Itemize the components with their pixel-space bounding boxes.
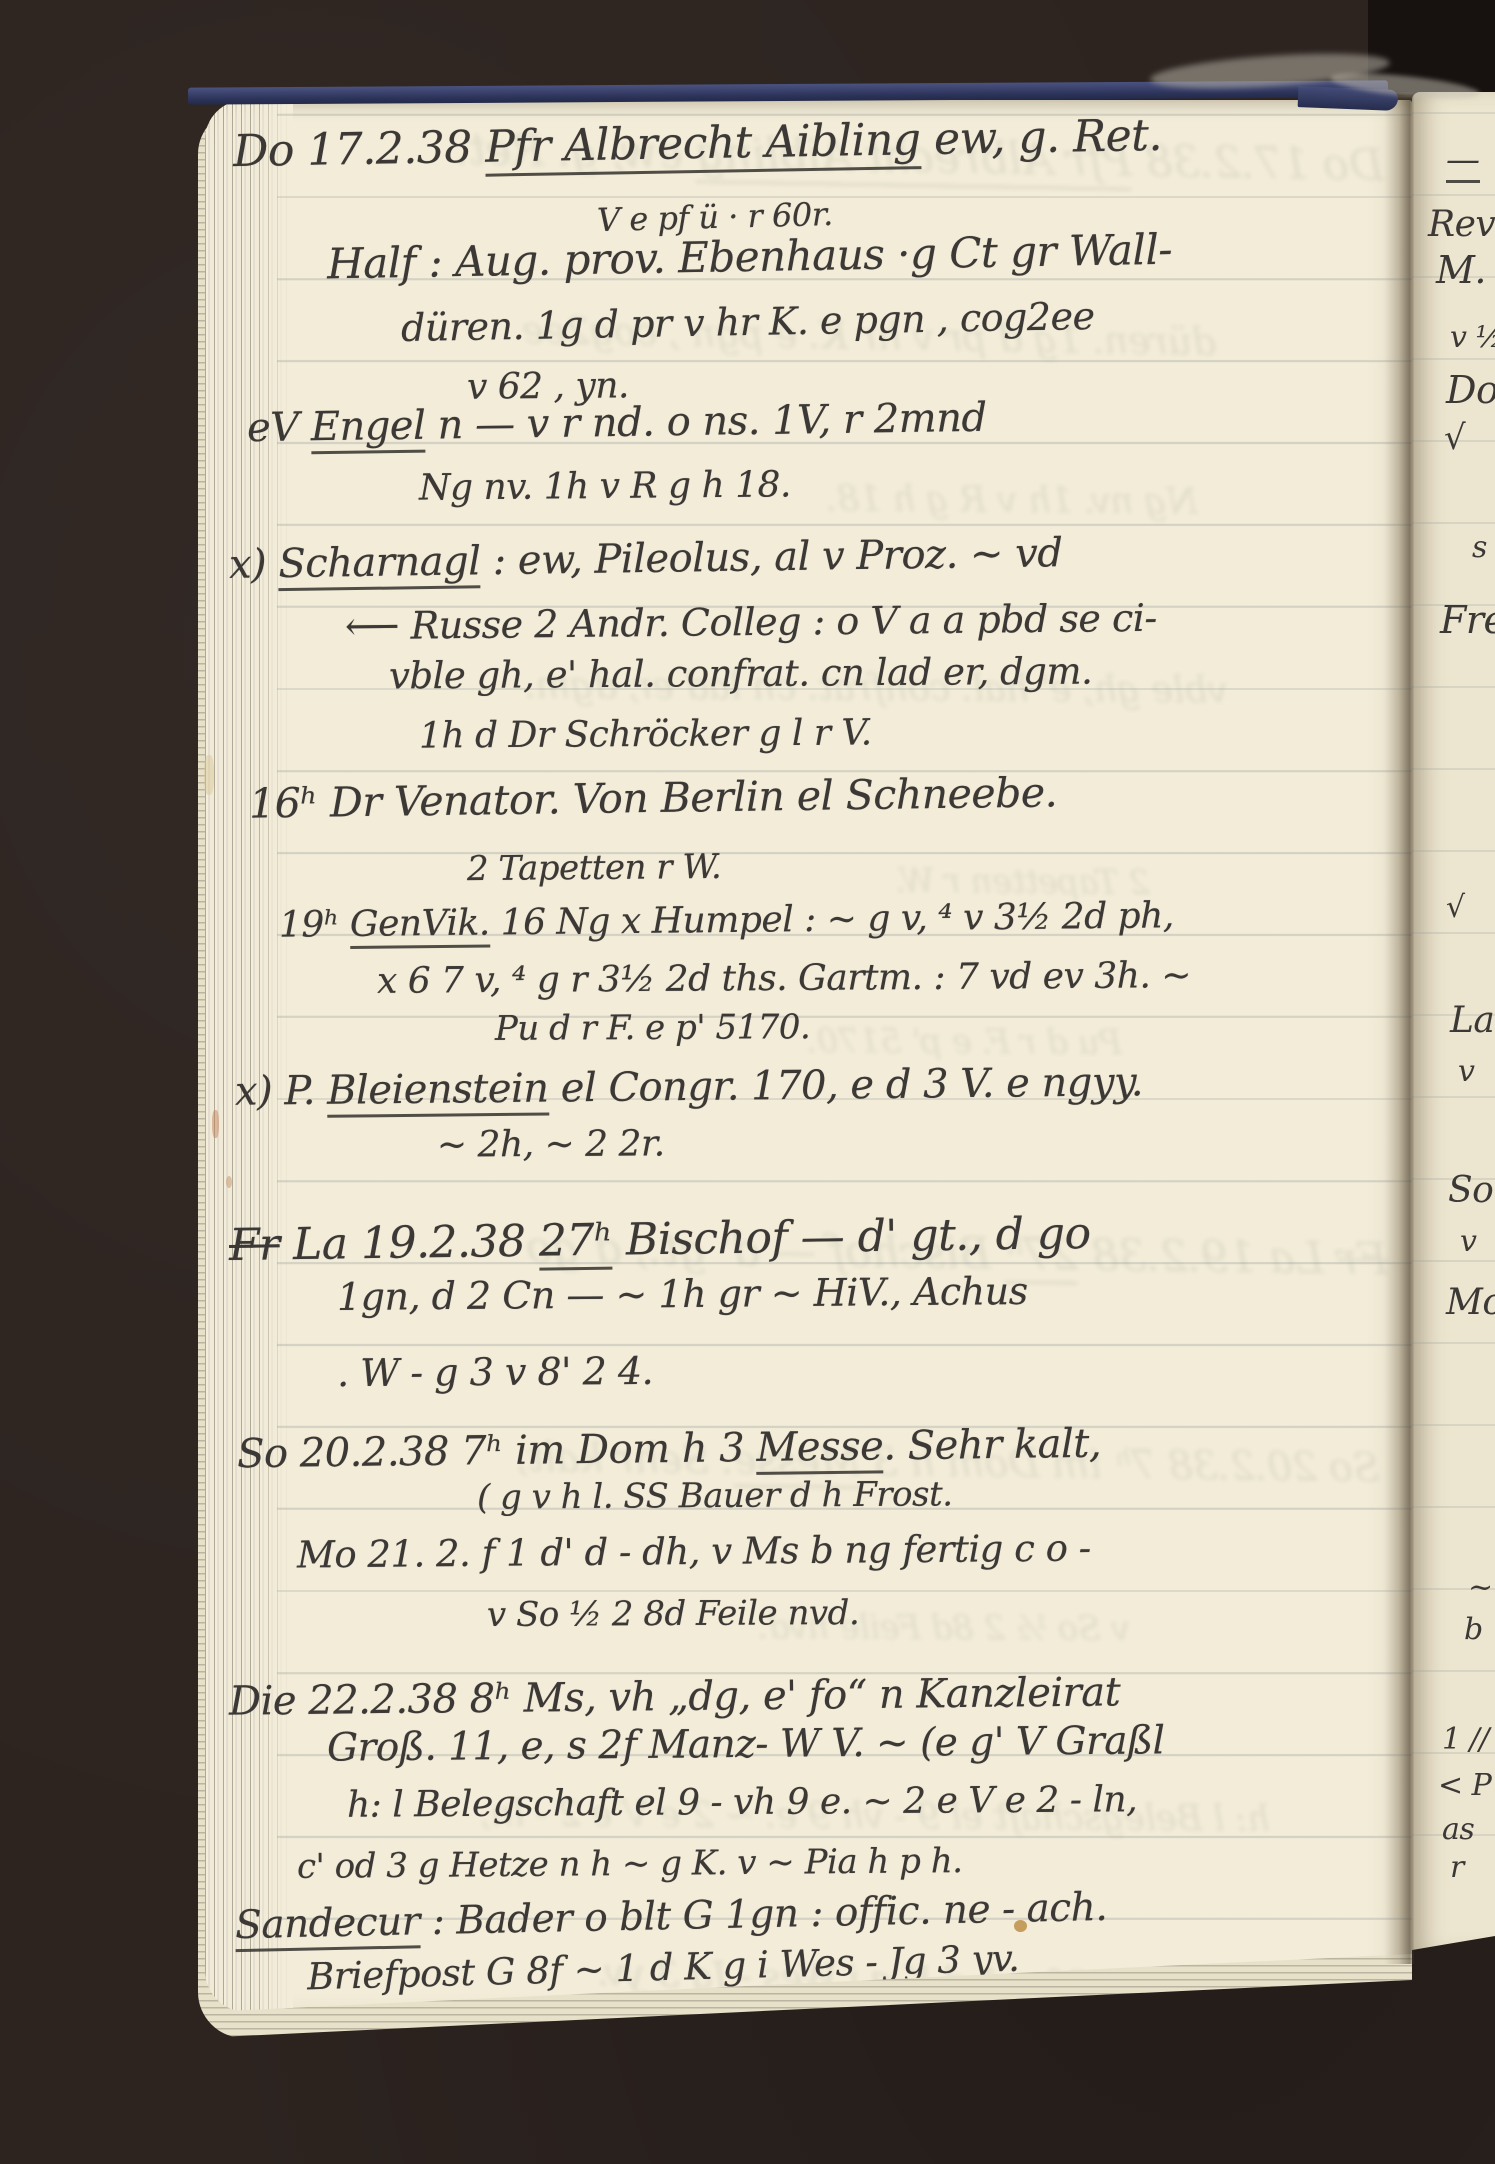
- manuscript-line: v So ½ 2 8d Feile nvd.: [487, 1593, 859, 1635]
- facing-page-fragment: v: [1460, 1224, 1476, 1259]
- facing-page-fragment: r: [1450, 1850, 1464, 1885]
- manuscript-line: ( g v h l. SS Bauer d h Frost.: [477, 1474, 953, 1517]
- manuscript-line: Half : Aug. prov. Ebenhaus ·g Ct gr Wall…: [327, 225, 1173, 289]
- manuscript-line: ⟵ Russe 2 Andr. Colleg : o V a a pbd se …: [345, 596, 1157, 648]
- facing-page-fragment: Do: [1446, 368, 1495, 412]
- facing-page-fragment: √: [1444, 418, 1465, 458]
- manuscript-line: x) P. Bleienstein el Congr. 170, e d 3 V…: [235, 1059, 1143, 1115]
- notebook-page: Do 17.2.38 Pfr Albrecht Aibling ew, g. R…: [205, 100, 1412, 2012]
- facing-page-fragment: v ½ 2: [1450, 320, 1495, 355]
- manuscript-line: 2 Tapetten r W.: [467, 847, 722, 889]
- manuscript-line: eV Engel n — v r nd. o ns. 1V, r 2mnd: [247, 395, 987, 451]
- facing-page-fragment: Rev: [1428, 204, 1495, 245]
- manuscript-line: düren. 1g d pr v hr K. e pgn , cog2ee: [401, 294, 1095, 350]
- facing-page-fragment: √: [1446, 890, 1465, 925]
- manuscript-line: 19ʰ GenVik. 16 Ng x Humpel : ~ g v, ⁴ v …: [279, 895, 1174, 945]
- manuscript-line: 1gn, d 2 Cn — ~ 1h gr ~ HiV., Achus: [337, 1269, 1028, 1319]
- manuscript-line: c' od 3 g Hetze n h ~ g K. v ~ Pia h p h…: [297, 1841, 963, 1887]
- manuscript-line: vble gh, e' hal. confrat. cn lad er, dgm…: [389, 650, 1093, 698]
- manuscript-line: Die 22.2.38 8ʰ Ms, vh „dg, e' fo“ n Kanz…: [229, 1669, 1121, 1724]
- facing-page-fragment: 1 //: [1442, 1722, 1489, 1757]
- facing-page-fragment: La: [1450, 1000, 1494, 1041]
- manuscript-line: 1h d Dr Schröcker g l r V.: [419, 712, 872, 756]
- manuscript-line: x) Scharnagl : ew, Pileolus, al v Proz. …: [229, 530, 1063, 588]
- foxing-spot: [212, 1110, 219, 1138]
- manuscript-line: Fr La 19.2.38 27ʰ Bischof — d' gt., d go: [229, 1208, 1091, 1271]
- manuscript-line: 16ʰ Dr Venator. Von Berlin el Schneebe.: [249, 768, 1058, 827]
- facing-page-fragment: < P: [1438, 1768, 1491, 1803]
- facing-page-fragment: v: [1458, 1054, 1474, 1089]
- foxing-spot: [1014, 1920, 1027, 1932]
- facing-page-fragment: ~: [1468, 1570, 1493, 1605]
- facing-page-fragment: —: [1446, 140, 1480, 180]
- manuscript-line: Groß. 11, e, s 2f Manz- W V. ~ (e g' V G…: [327, 1718, 1165, 1770]
- manuscript-line: . W - g 3 v 8' 2 4.: [337, 1349, 653, 1395]
- facing-page-fragment: So: [1448, 1170, 1493, 1211]
- manuscript-line: ~ 2h, ~ 2 2r.: [437, 1123, 665, 1165]
- facing-page-fragment: s: [1472, 530, 1487, 565]
- manuscript-line: h: l Belegschaft el 9 - vh 9 e. ~ 2 e V …: [347, 1779, 1137, 1826]
- manuscript-line: So 20.2.38 7ʰ im Dom h 3 Messe. Sehr kal…: [237, 1421, 1102, 1478]
- foxing-spot: [204, 755, 214, 795]
- manuscript-line: Mo 21. 2. f 1 d' d - dh, v Ms b ng ferti…: [297, 1527, 1091, 1577]
- manuscript-line: Pu d r F. e p' 5170.: [495, 1007, 811, 1049]
- book-gutter: [1384, 92, 1414, 1964]
- facing-page-edge: —RevM.v ½ 2Do√sFre√LavSovMo~b1 //< Pasr: [1412, 92, 1495, 1950]
- facing-page-fragment: M.: [1436, 248, 1486, 292]
- manuscript-text: Do 17.2.38 Pfr Albrecht Aibling ew, g. R…: [205, 100, 1412, 2012]
- notebook-scan: { "colors": { "background": "#2d2420", "…: [0, 0, 1495, 2164]
- facing-page-fragment: Mo: [1446, 1282, 1495, 1323]
- facing-page-fragment: as: [1442, 1812, 1474, 1847]
- manuscript-line: x 6 7 v, ⁴ g r 3½ 2d ths. Gartm. : 7 vd …: [377, 955, 1191, 1002]
- manuscript-line: Ng nv. 1h v R g h 18.: [419, 464, 791, 508]
- foxing-spot: [226, 1176, 232, 1188]
- manuscript-line: Do 17.2.38 Pfr Albrecht Aibling ew, g. R…: [233, 110, 1163, 177]
- facing-page-fragment: b: [1464, 1612, 1483, 1647]
- facing-page-fragment: Fre: [1440, 598, 1495, 642]
